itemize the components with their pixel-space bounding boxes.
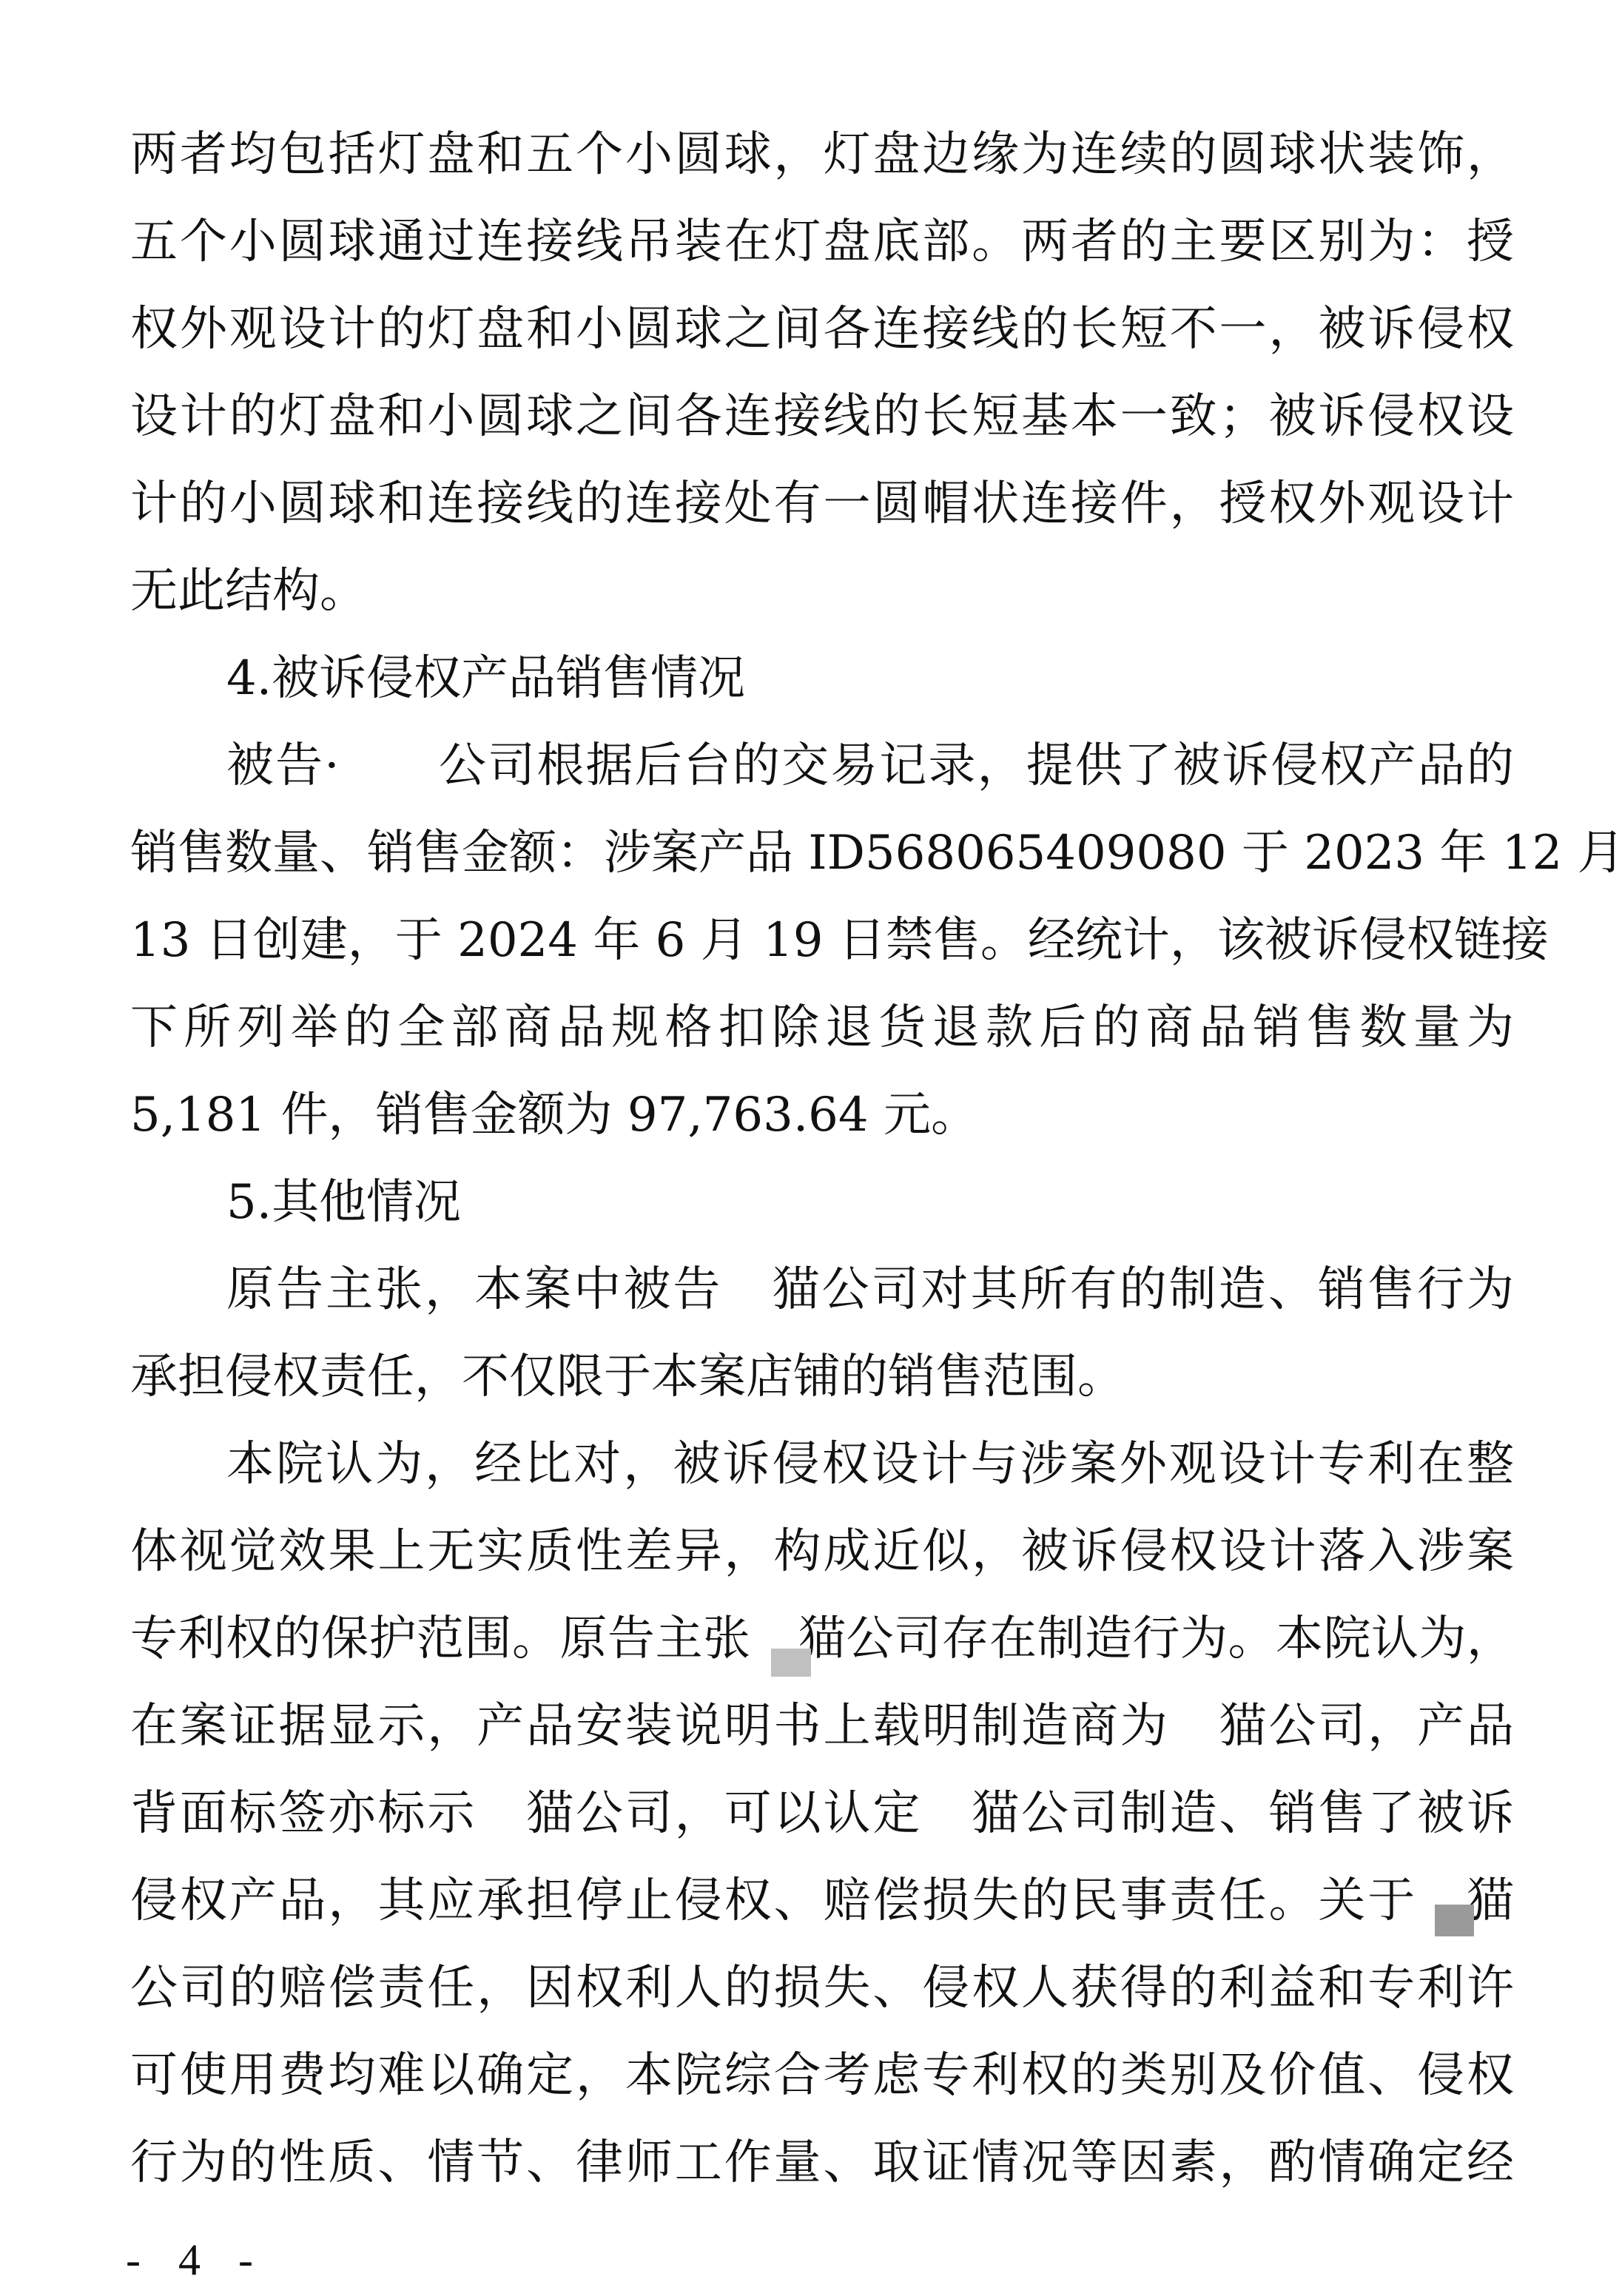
page-number: - 4 -	[126, 2235, 266, 2286]
text-line-21: 侵权产品，其应承担停止侵权、赔偿损失的民事责任。关于 猫	[130, 1857, 1514, 1945]
text-line-2: 五个小圆球通过连接线吊装在灯盘底部。两者的主要区别为：授	[130, 198, 1514, 286]
text-line-12: 5,181 件，销售金额为 97,763.64 元。	[130, 1071, 1514, 1159]
text-line-19: 在案证据显示，产品安装说明书上载明制造商为 猫公司，产品	[130, 1683, 1514, 1770]
text-line-15: 承担侵权责任，不仅限于本案店铺的销售范围。	[130, 1333, 1514, 1421]
document-page: 两者均包括灯盘和五个小圆球，灯盘边缘为连续的圆球状装饰， 五个小圆球通过连接线吊…	[130, 111, 1514, 2206]
text-line-16: 本院认为，经比对，被诉侵权设计与涉案外观设计专利在整	[130, 1421, 1514, 1508]
text-line-22: 公司的赔偿责任，因权利人的损失、侵权人获得的利益和专利许	[130, 1945, 1514, 2032]
section-heading-other: 5.其他情况	[130, 1159, 1514, 1246]
redaction-block	[771, 1649, 811, 1677]
section-heading-sales: 4.被诉侵权产品销售情况	[130, 635, 1514, 722]
text-line-4: 设计的灯盘和小圆球之间各连接线的长短基本一致；被诉侵权设	[130, 373, 1514, 460]
text-line-1: 两者均包括灯盘和五个小圆球，灯盘边缘为连续的圆球状装饰，	[130, 111, 1514, 198]
text-line-20: 背面标签亦标示 猫公司，可以认定 猫公司制造、销售了被诉	[130, 1770, 1514, 1857]
text-line-3: 权外观设计的灯盘和小圆球之间各连接线的长短不一，被诉侵权	[130, 286, 1514, 373]
text-line-11: 下所列举的全部商品规格扣除退货退款后的商品销售数量为	[130, 984, 1514, 1071]
redaction-block	[1435, 1905, 1474, 1936]
text-line-5: 计的小圆球和连接线的连接处有一圆帽状连接件，授权外观设计	[130, 460, 1514, 548]
text-line-9: 销售数量、销售金额：涉案产品 ID568065409080 于 2023 年 1…	[130, 809, 1514, 897]
text-line-17: 体视觉效果上无实质性差异，构成近似，被诉侵权设计落入涉案	[130, 1508, 1514, 1595]
text-line-23: 可使用费均难以确定，本院综合考虑专利权的类别及价值、侵权	[130, 2032, 1514, 2119]
text-line-24: 行为的性质、情节、律师工作量、取证情况等因素，酌情确定经	[130, 2119, 1514, 2206]
text-line-18: 专利权的保护范围。原告主张 猫公司存在制造行为。本院认为，	[130, 1595, 1514, 1683]
text-line-14: 原告主张，本案中被告 猫公司对其所有的制造、销售行为	[130, 1246, 1514, 1333]
text-line-6: 无此结构。	[130, 548, 1514, 635]
text-line-10: 13 日创建，于 2024 年 6 月 19 日禁售。经统计，该被诉侵权链接	[130, 897, 1514, 984]
text-line-8: 被告· 公司根据后台的交易记录，提供了被诉侵权产品的	[130, 722, 1514, 809]
